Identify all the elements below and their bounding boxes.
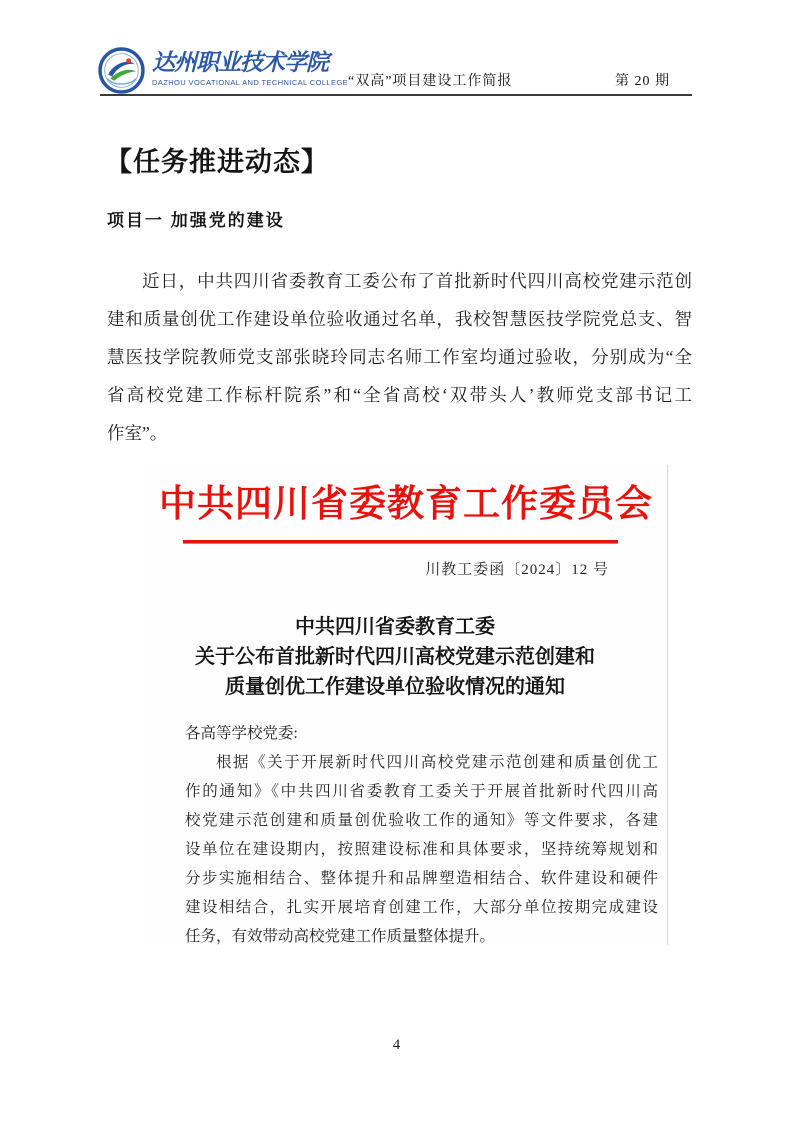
notice-body-line: 设单位在建设期内，按照建设标准和具体要求，坚持统筹规划和: [185, 835, 658, 864]
college-logo-icon: [98, 47, 145, 94]
paragraph-line: 近日，中共四川省委教育工委公布了首批新时代四川高校党建示范创: [107, 262, 692, 300]
notice-document-image: 中共四川省委教育工作委员会 川教工委函〔2024〕12 号 中共四川省委教育工委…: [145, 465, 668, 945]
paragraph-line: 建和质量创优工作建设单位验收通过名单，我校智慧医技学院党总支、智: [107, 300, 692, 338]
page-number: 4: [0, 1037, 793, 1054]
bulletin-title: “双高”项目建设工作简报: [348, 70, 512, 90]
notice-body-line: 建设相结合，扎实开展培育创建工作，大部分单位按期完成建设: [185, 893, 658, 922]
college-name-cn: 达州职业技术学院: [152, 50, 348, 76]
paragraph-line: 省高校党建工作标杆院系”和“全省高校‘双带头人’教师党支部书记工: [107, 376, 692, 414]
notice-body-line: 任务，有效带动高校党建工作质量整体提升。: [185, 922, 658, 951]
notice-title-line: 质量创优工作建设单位验收情况的通知: [145, 672, 645, 702]
letterhead-red-rule: [183, 540, 618, 544]
notice-body-line: 分步实施相结合、整体提升和品牌塑造相结合、软件建设和硬件: [185, 864, 658, 893]
paragraph-line: 慧医技学院教师党支部张晓玲同志名师工作室均通过验收，分别成为“全: [107, 338, 692, 376]
notice-letterhead: 中共四川省委教育工作委员会: [145, 481, 667, 529]
notice-body-line: 根据《关于开展新时代四川高校党建示范创建和质量创优工: [185, 748, 658, 777]
section-title: 【任务推进动态】: [105, 140, 329, 179]
issue-number: 第 20 期: [615, 70, 670, 90]
notice-body-line: 校党建示范创建和质量创优验收工作的通知》等文件要求，各建: [185, 806, 658, 835]
header-divider: [100, 94, 692, 96]
document-number: 川教工委函〔2024〕12 号: [145, 558, 667, 579]
paragraph-line: 作室”。: [107, 414, 692, 452]
notice-title-line: 关于公布首批新时代四川高校党建示范创建和: [145, 642, 645, 672]
header-brand: 达州职业技术学院 DAZHOU VOCATIONAL AND TECHNICAL…: [98, 47, 348, 94]
notice-body: 各高等学校党委: 根据《关于开展新时代四川高校党建示范创建和质量创优工 作的通知…: [185, 719, 658, 951]
project-subtitle: 项目一 加强党的建设: [107, 206, 285, 231]
notice-body-line: 作的通知》《中共四川省委教育工委关于开展首批新时代四川高: [185, 777, 658, 806]
college-names: 达州职业技术学院 DAZHOU VOCATIONAL AND TECHNICAL…: [152, 47, 348, 87]
notice-body-line: 各高等学校党委:: [185, 719, 658, 748]
lead-paragraph: 近日，中共四川省委教育工委公布了首批新时代四川高校党建示范创 建和质量创优工作建…: [107, 262, 692, 452]
notice-title-line: 中共四川省委教育工委: [145, 612, 645, 642]
notice-title: 中共四川省委教育工委 关于公布首批新时代四川高校党建示范创建和 质量创优工作建设…: [145, 612, 645, 702]
college-name-en: DAZHOU VOCATIONAL AND TECHNICAL COLLEGE: [152, 78, 348, 87]
bulletin-page: 达州职业技术学院 DAZHOU VOCATIONAL AND TECHNICAL…: [0, 0, 793, 1122]
